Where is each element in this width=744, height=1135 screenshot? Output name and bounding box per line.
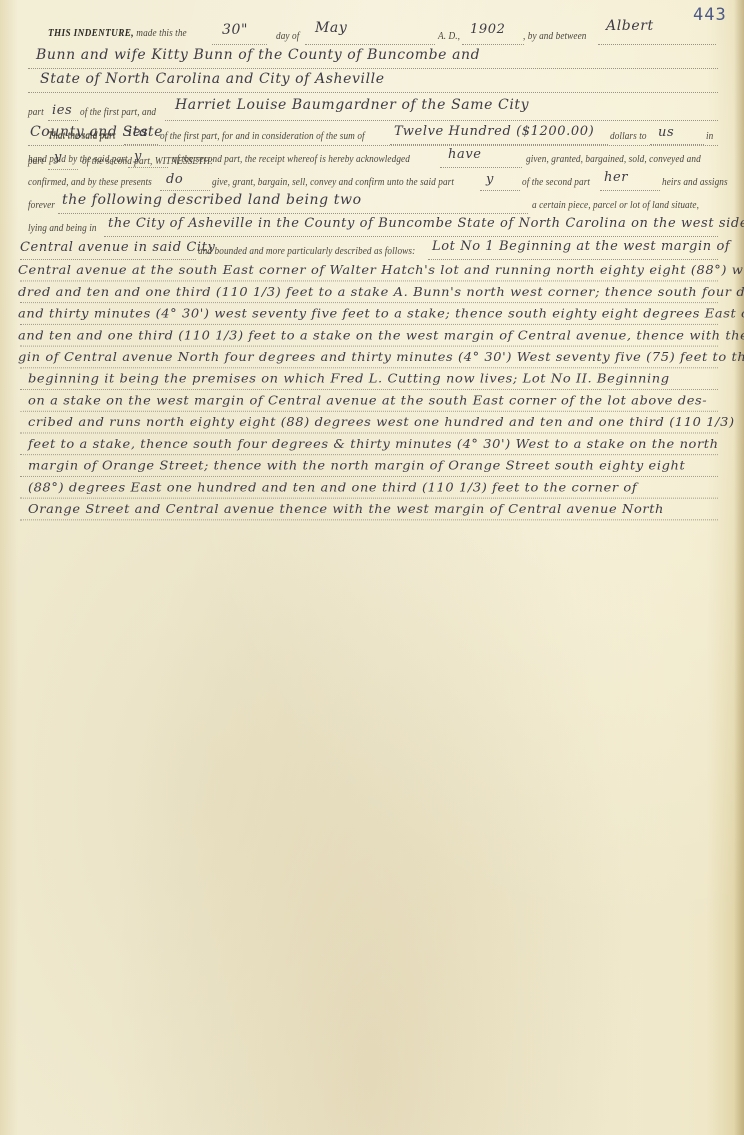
description-text: beginning it being the premises on which…	[28, 373, 670, 387]
dotline	[20, 367, 718, 368]
dotline	[20, 498, 718, 499]
dotline	[20, 519, 718, 520]
description-line: Orange Street and Central avenue thence …	[0, 505, 744, 523]
description-line: feet to a stake, thence south four degre…	[0, 440, 744, 458]
description-text: feet to a stake, thence south four degre…	[28, 438, 719, 452]
description-line: gin of Central avenue North four degrees…	[0, 353, 744, 371]
description-line: margin of Orange Street; thence with the…	[0, 461, 744, 479]
description-line: on a stake on the west margin of Central…	[0, 396, 744, 414]
description-text: margin of Orange Street; thence with the…	[28, 460, 685, 474]
page-number: 443	[693, 5, 727, 25]
description-line: and thirty minutes (4° 30') west seventy…	[0, 309, 744, 327]
dotline	[20, 454, 718, 455]
dotline	[20, 346, 718, 347]
dotline	[20, 324, 718, 325]
description-text: cribed and runs north eighty eight (88) …	[28, 416, 735, 430]
dotline	[20, 433, 718, 434]
description-text: (88°) degrees East one hundred and ten a…	[28, 481, 637, 495]
description-line: cribed and runs north eighty eight (88) …	[0, 418, 744, 436]
description-line: (88°) degrees East one hundred and ten a…	[0, 483, 744, 501]
description-line: dred and ten and one third (110 1/3) fee…	[0, 288, 744, 306]
deed-page: 443 THIS INDENTURE, made this the 30" da…	[0, 0, 744, 1135]
description-line: beginning it being the premises on which…	[0, 375, 744, 393]
dotline	[20, 411, 718, 412]
description-text: dred and ten and one third (110 1/3) fee…	[18, 286, 744, 300]
description-text: Central avenue at the south East corner …	[18, 264, 744, 278]
description-text: gin of Central avenue North four degrees…	[18, 351, 744, 365]
description-text: and ten and one third (110 1/3) feet to …	[18, 329, 744, 343]
description-block: Central avenue at the south East corner …	[0, 25, 744, 1052]
dotline	[20, 280, 718, 281]
description-text: Orange Street and Central avenue thence …	[28, 503, 664, 517]
description-line: Central avenue at the south East corner …	[0, 266, 744, 284]
description-text: on a stake on the west margin of Central…	[28, 395, 707, 409]
description-line: and ten and one third (110 1/3) feet to …	[0, 331, 744, 349]
dotline	[20, 476, 718, 477]
dotline	[20, 389, 718, 390]
description-text: and thirty minutes (4° 30') west seventy…	[18, 308, 744, 322]
dotline	[20, 302, 718, 303]
